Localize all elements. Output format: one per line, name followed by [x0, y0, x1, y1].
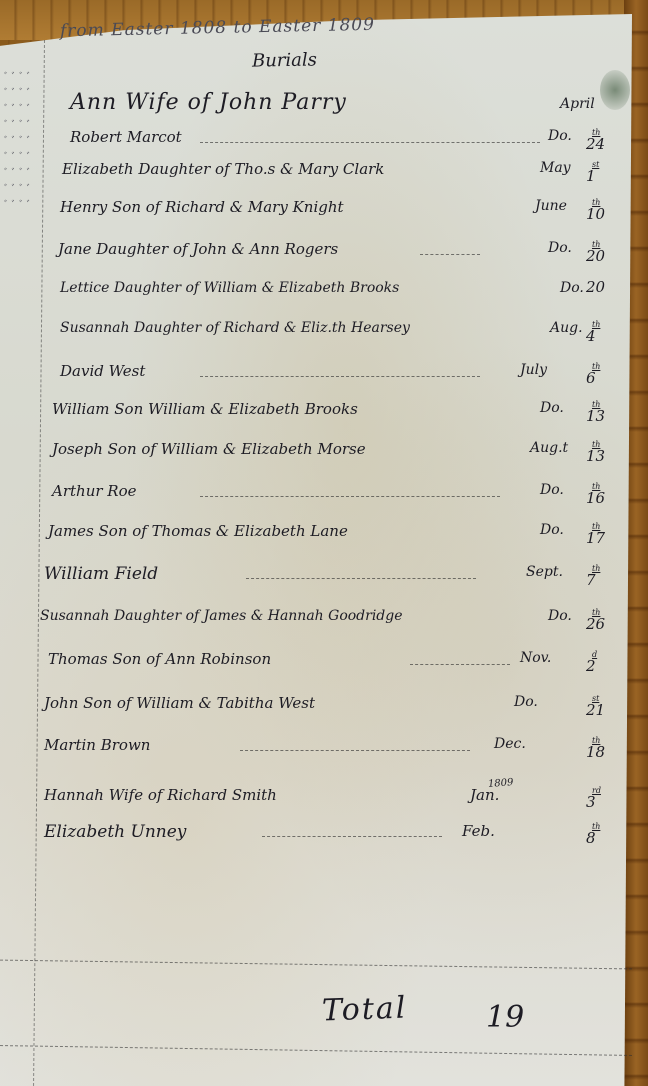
entry-name: Susannah Daughter of Richard & Eliz.th H… [60, 320, 410, 336]
entry-month: Aug.t [530, 440, 568, 456]
entry-month: Feb. [462, 822, 495, 840]
entry-day: 20 [584, 280, 624, 294]
entry-month: Sept. [526, 564, 563, 580]
entry-day: th24 [584, 128, 624, 151]
leader-line [240, 750, 470, 751]
leader-line [200, 496, 500, 497]
entry-name: James Son of Thomas & Elizabeth Lane [48, 522, 348, 540]
register-entry: Martin Brown Dec. th18 [0, 736, 632, 766]
entry-month: Do. [514, 694, 538, 710]
register-entry: William Son William & Elizabeth Brooks D… [0, 400, 632, 430]
entry-name: Hannah Wife of Richard Smith [44, 786, 277, 804]
entry-month: June [535, 198, 567, 214]
entry-name: William Son William & Elizabeth Brooks [52, 400, 358, 418]
leader-line [410, 664, 510, 665]
entry-month: Do. [540, 400, 564, 416]
entry-name: Henry Son of Richard & Mary Knight [60, 198, 344, 216]
register-entry: Susannah Daughter of James & Hannah Good… [0, 608, 632, 638]
entry-day: th20 [584, 240, 624, 263]
entry-day: th7 [584, 564, 624, 587]
entry-name: Jane Daughter of John & Ann Rogers [58, 240, 338, 258]
entry-month: Nov. [520, 650, 551, 666]
register-entry: Elizabeth Unney Feb. th8 [0, 822, 632, 852]
entry-month: Do. [560, 280, 584, 296]
entry-month: Do. [540, 522, 564, 538]
register-entry: Hannah Wife of Richard Smith Jan. rd3 [0, 786, 632, 816]
entry-month: Do. [548, 128, 572, 144]
entry-name: Elizabeth Unney [44, 822, 186, 842]
entry-name: Elizabeth Daughter of Tho.s & Mary Clark [62, 160, 384, 178]
register-entry: Jane Daughter of John & Ann Rogers Do. t… [0, 240, 632, 270]
entry-name: Lettice Daughter of William & Elizabeth … [60, 280, 399, 296]
entry-month: Do. [548, 608, 572, 624]
entry-month: Jan. [470, 786, 499, 804]
entry-day: th13 [584, 440, 624, 463]
register-entry: Robert Marcot Do. th24 [0, 128, 632, 158]
register-entry: Elizabeth Daughter of Tho.s & Mary Clark… [0, 160, 632, 190]
entry-day: th10 [584, 198, 624, 221]
entry-day: th16 [584, 482, 624, 505]
leader-line [200, 142, 540, 143]
register-entry: Ann Wife of John Parry April [0, 96, 632, 126]
entry-month: Do. [548, 240, 572, 256]
register-entry: James Son of Thomas & Elizabeth Lane Do.… [0, 522, 632, 552]
entry-day: th18 [584, 736, 624, 759]
entry-name: Martin Brown [44, 736, 150, 754]
entry-name: Susannah Daughter of James & Hannah Good… [40, 608, 403, 624]
section-title: Burials [252, 49, 317, 71]
entry-day: d2 [584, 650, 624, 673]
entry-day: rd3 [584, 786, 624, 809]
entry-month: April [560, 96, 595, 112]
entry-day: th13 [584, 400, 624, 423]
entry-day: th8 [584, 822, 624, 845]
entry-day: th26 [584, 608, 624, 631]
entry-day: th4 [584, 320, 624, 343]
register-entry: Arthur Roe Do. th16 [0, 482, 632, 512]
leader-line [246, 578, 476, 579]
register-entry: Lettice Daughter of William & Elizabeth … [0, 280, 632, 310]
entry-name: Robert Marcot [70, 128, 182, 146]
entry-month: May [540, 160, 571, 176]
register-entry: David West July th6 [0, 362, 632, 392]
entry-month: Dec. [494, 736, 526, 752]
entry-month: Do. [540, 482, 564, 498]
entry-day: st1 [584, 160, 624, 183]
entry-name: Arthur Roe [52, 482, 137, 500]
leader-line [420, 254, 480, 255]
entry-day: th17 [584, 522, 624, 545]
leader-line [200, 376, 480, 377]
total-label: Total [321, 991, 407, 1029]
entry-name: William Field [44, 564, 158, 584]
leader-line [262, 836, 442, 837]
total-value: 19 [486, 1000, 524, 1035]
entry-month: Aug. [550, 320, 583, 336]
register-entry: Henry Son of Richard & Mary Knight June … [0, 198, 632, 228]
register-entry: Susannah Daughter of Richard & Eliz.th H… [0, 320, 632, 350]
register-entry: Joseph Son of William & Elizabeth Morse … [0, 440, 632, 470]
entry-month: July [520, 362, 547, 378]
register-entry: William Field Sept. th7 [0, 564, 632, 594]
register-entry: Thomas Son of Ann Robinson Nov. d2 [0, 650, 632, 680]
entry-day: th6 [584, 362, 624, 385]
entry-name: Joseph Son of William & Elizabeth Morse [52, 440, 366, 458]
entry-name: Thomas Son of Ann Robinson [48, 650, 271, 668]
entry-name: John Son of William & Tabitha West [44, 694, 315, 712]
register-entry: John Son of William & Tabitha West Do. s… [0, 694, 632, 724]
entry-name: David West [60, 362, 145, 380]
entry-day: st21 [584, 694, 624, 717]
entry-name: Ann Wife of John Parry [70, 90, 347, 115]
